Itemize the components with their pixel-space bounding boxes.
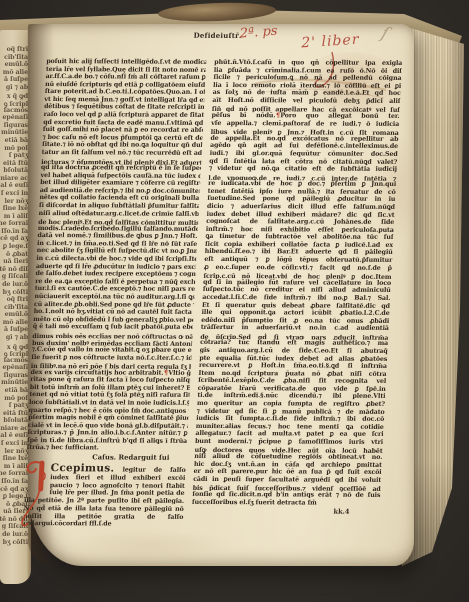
text-line: epēnaſī bbox=[0, 114, 28, 122]
text-line: ſiguras bbox=[0, 122, 28, 130]
incipit-paragraph: Ccepimus. legitur de falſo iudex ſieri e… bbox=[23, 462, 186, 529]
text-line: ſine lxē bbox=[0, 205, 28, 213]
text-line: bſolutā bbox=[0, 417, 28, 425]
text-line: niare ac bbox=[0, 425, 28, 433]
text-line: emūl.ō bbox=[0, 311, 28, 319]
text-line: ā ſuſpe bbox=[0, 326, 28, 334]
text-line: ſucceſſoribus el.ſʒ ſuerīt detracta ſm̄ bbox=[192, 498, 380, 507]
text-line: minūtie bbox=[0, 379, 28, 387]
ms-annotation-book: 2' liber bbox=[301, 32, 359, 52]
text-line: mō poſ bbox=[0, 145, 28, 153]
text-column-right: phūt.n̄.V̄tō.ſ.caſū in quo qn̄ cōpellitu… bbox=[191, 59, 402, 516]
text-line: al ē euſī bbox=[0, 182, 28, 190]
text-line: ne ſorraī bbox=[0, 220, 28, 228]
text-line: ꝯ ſcripl bbox=[0, 349, 28, 357]
rubric-initial bbox=[16, 459, 54, 537]
text-line: ſiguras bbox=[0, 372, 28, 380]
text-line: minūtie bbox=[0, 129, 28, 137]
text-line: epēnaſī bbox=[0, 364, 28, 372]
column-lines: phūt.n̄.V̄tō.ſ.caſū in quo qn̄ cōpellitu… bbox=[192, 59, 403, 507]
column-lines: poſuit hic alij ſuſſecti intelligēdo.ſ.v… bbox=[27, 58, 207, 453]
text-line: ſ patʒ bbox=[0, 402, 28, 410]
text-line: cē qḋ aʒ bbox=[0, 235, 28, 243]
text-line: niare ac bbox=[0, 175, 28, 183]
text-line: oq̄ ſtri bbox=[0, 296, 28, 304]
text-line: mō alie bbox=[0, 319, 28, 327]
ms-annotation-part: 2ª. ps bbox=[239, 24, 277, 42]
text-line: ō ꝓbat bbox=[0, 251, 28, 259]
text-line: mō alie bbox=[0, 69, 28, 77]
text-line: al ē euſī bbox=[0, 432, 28, 440]
text-line: cib'ſita bbox=[0, 54, 28, 62]
text-line: bſolutā bbox=[0, 167, 28, 175]
text-line: gī ⁊ ab bbox=[0, 334, 28, 342]
quire-signature: kk.4 bbox=[191, 507, 349, 516]
text-line: m ī aliſ bbox=[0, 213, 28, 221]
text-line: uā ſieri bbox=[0, 258, 28, 266]
text-line: ā ſuſpe bbox=[0, 76, 28, 84]
text-line: emūl.ō bbox=[0, 61, 28, 69]
text-line: etiā bā bbox=[0, 387, 28, 395]
text-line: etiā bā bbox=[0, 137, 28, 145]
text-line: oq̄ ſtri bbox=[0, 46, 28, 54]
book-photo: oq̄ ſtricib'ſitaemūl.ōmō alieā ſuſpegī ⁊… bbox=[0, 0, 469, 602]
text-line: eitā ſtū bbox=[0, 410, 28, 418]
running-title: Defideiuſtr̄. bbox=[193, 31, 242, 40]
text-line: tē nō diſ bbox=[0, 266, 28, 274]
text-line: ler nōʒ bbox=[0, 198, 28, 206]
text-line: ſacmōs bbox=[0, 357, 28, 365]
printed-text-block: Defideiuſtr̄. 2ª. ps 2' liber ſ poſuit h… bbox=[19, 28, 412, 558]
text-line: ꝑ lege.ſ bbox=[0, 243, 28, 251]
text-line: ſſo.īn ſa bbox=[0, 228, 28, 236]
text-line: ſacmōs bbox=[0, 107, 28, 115]
text-line: x q̄ ꝙd bbox=[0, 91, 28, 99]
text-line: eitā ſtū bbox=[0, 160, 28, 168]
text-line: g ſiſcali bbox=[0, 273, 28, 281]
incipit-word: Ccepimus. bbox=[50, 462, 114, 474]
text-line: ſ exci in bbox=[0, 190, 28, 198]
casus-heading: Caſus. Redarguit ſui bbox=[92, 453, 186, 461]
text-line: x q̄ ꝙd bbox=[0, 342, 28, 350]
text-line: ſ patʒ bbox=[0, 152, 28, 160]
text-line: ſtrūa.⁊ hec ſufficiant. bbox=[27, 444, 187, 452]
text-line: gī ⁊ ab bbox=[0, 84, 28, 92]
text-line: mō poſ bbox=[0, 395, 28, 403]
text-line: ꝯ ſcripl bbox=[0, 99, 28, 107]
text-column-left: poſuit hic alij ſuſſecti intelligēdo.ſ.v… bbox=[23, 58, 207, 529]
text-line: bʒ cōſti bbox=[0, 289, 28, 297]
text-line: de iur.ō bbox=[0, 281, 28, 289]
text-line: cib'ſita bbox=[0, 304, 28, 312]
